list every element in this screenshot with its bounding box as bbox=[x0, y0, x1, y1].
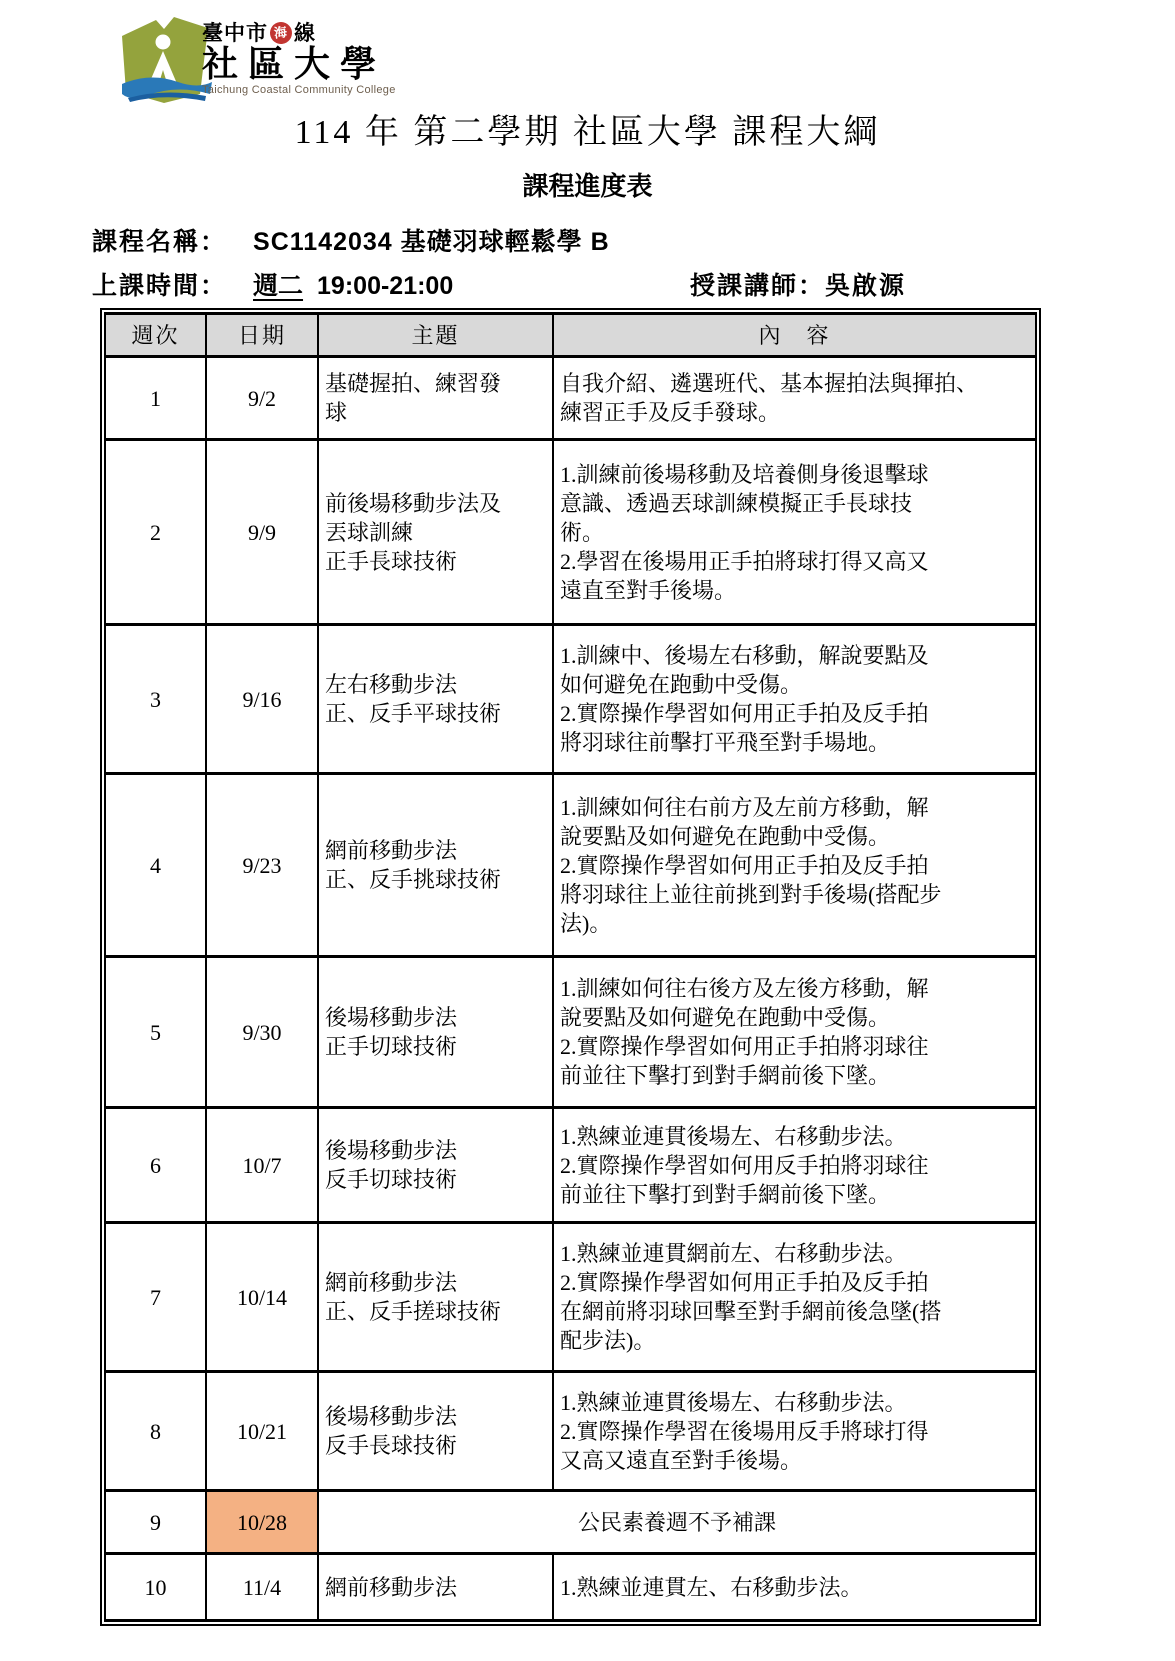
logo-region-line: 臺中市海線 bbox=[202, 22, 396, 44]
course-name-label: 課程名稱： bbox=[92, 228, 227, 256]
schedule-table-frame: 週次 日期 主題 內 容 19/2基礎握拍、練習發 球自我介紹、遴選班代、基本握… bbox=[100, 308, 1041, 1626]
table-row: 19/2基礎握拍、練習發 球自我介紹、遴選班代、基本握拍法與揮拍、 練習正手及反… bbox=[105, 357, 1036, 440]
topic-cell: 後場移動步法 反手長球技術 bbox=[318, 1372, 553, 1491]
seal-icon: 海 bbox=[269, 21, 294, 46]
content-cell: 1.熟練並連貫左、右移動步法。 bbox=[553, 1554, 1036, 1621]
topic-cell: 基礎握拍、練習發 球 bbox=[318, 357, 553, 440]
table-row: 29/9前後場移動步法及 丟球訓練 正手長球技術1.訓練前後場移動及培養側身後退… bbox=[105, 440, 1036, 625]
instructor-label: 授課講師： bbox=[690, 272, 825, 300]
course-time-label: 上課時間： bbox=[92, 272, 227, 300]
date-cell: 9/23 bbox=[206, 774, 318, 957]
week-cell: 4 bbox=[105, 774, 206, 957]
topic-cell: 前後場移動步法及 丟球訓練 正手長球技術 bbox=[318, 440, 553, 625]
week-cell: 7 bbox=[105, 1223, 206, 1372]
logo-english-name: Taichung Coastal Community College bbox=[202, 85, 396, 97]
week-cell: 3 bbox=[105, 625, 206, 774]
schedule-table-body: 19/2基礎握拍、練習發 球自我介紹、遴選班代、基本握拍法與揮拍、 練習正手及反… bbox=[105, 357, 1036, 1621]
week-cell: 8 bbox=[105, 1372, 206, 1491]
schedule-table: 週次 日期 主題 內 容 19/2基礎握拍、練習發 球自我介紹、遴選班代、基本握… bbox=[104, 312, 1037, 1622]
header-date: 日期 bbox=[206, 314, 318, 357]
week-cell: 9 bbox=[105, 1491, 206, 1554]
date-cell: 10/7 bbox=[206, 1108, 318, 1223]
syllabus-page: 臺中市海線 社區大學 Taichung Coastal Community Co… bbox=[0, 0, 1175, 1661]
content-cell: 1.訓練前後場移動及培養側身後退擊球 意識、透過丟球訓練模擬正手長球技 術。 2… bbox=[553, 440, 1036, 625]
date-cell: 9/30 bbox=[206, 957, 318, 1108]
document-subtitle: 課程進度表 bbox=[0, 166, 1175, 203]
table-row: 1011/4網前移動步法1.熟練並連貫左、右移動步法。 bbox=[105, 1554, 1036, 1621]
logo-region-prefix: 臺中市 bbox=[202, 22, 268, 44]
instructor-line: 授課講師：吳啟源 bbox=[690, 266, 906, 302]
table-row: 810/21後場移動步法 反手長球技術1.熟練並連貫後場左、右移動步法。 2.實… bbox=[105, 1372, 1036, 1491]
week-cell: 6 bbox=[105, 1108, 206, 1223]
course-name-value: SC1142034 基礎羽球輕鬆學 B bbox=[253, 228, 610, 256]
course-name-line: 課程名稱：SC1142034 基礎羽球輕鬆學 B bbox=[92, 222, 610, 258]
college-logo-graphic bbox=[112, 12, 216, 108]
content-cell: 1.熟練並連貫後場左、右移動步法。 2.實際操作學習如何用反手拍將羽球往 前並往… bbox=[553, 1108, 1036, 1223]
topic-cell: 網前移動步法 正、反手挑球技術 bbox=[318, 774, 553, 957]
header-row: 週次 日期 主題 內 容 bbox=[105, 314, 1036, 357]
date-cell: 9/2 bbox=[206, 357, 318, 440]
header-topic: 主題 bbox=[318, 314, 553, 357]
date-cell: 9/16 bbox=[206, 625, 318, 774]
course-time-day: 週二 bbox=[253, 272, 303, 300]
topic-cell: 網前移動步法 bbox=[318, 1554, 553, 1621]
content-cell: 1.訓練如何往右後方及左後方移動，解 說要點及如何避免在跑動中受傷。 2.實際操… bbox=[553, 957, 1036, 1108]
date-cell: 10/21 bbox=[206, 1372, 318, 1491]
table-row: 710/14網前移動步法 正、反手搓球技術1.熟練並連貫網前左、右移動步法。 2… bbox=[105, 1223, 1036, 1372]
document-title: 114 年 第二學期 社區大學 課程大綱 bbox=[0, 104, 1175, 153]
college-logo-text: 臺中市海線 社區大學 Taichung Coastal Community Co… bbox=[202, 12, 396, 96]
header-content: 內 容 bbox=[553, 314, 1036, 357]
date-cell: 9/9 bbox=[206, 440, 318, 625]
week-cell: 1 bbox=[105, 357, 206, 440]
table-row: 910/28公民素養週不予補課 bbox=[105, 1491, 1036, 1554]
course-time-line: 上課時間：週二19:00-21:00 授課講師：吳啟源 bbox=[92, 266, 453, 302]
logo-college-name: 社區大學 bbox=[202, 46, 396, 84]
week-cell: 10 bbox=[105, 1554, 206, 1621]
instructor-value: 吳啟源 bbox=[825, 272, 906, 300]
table-row: 59/30後場移動步法 正手切球技術1.訓練如何往右後方及左後方移動，解 說要點… bbox=[105, 957, 1036, 1108]
content-cell: 1.熟練並連貫後場左、右移動步法。 2.實際操作學習在後場用反手將球打得 又高又… bbox=[553, 1372, 1036, 1491]
topic-cell: 左右移動步法 正、反手平球技術 bbox=[318, 625, 553, 774]
content-cell: 自我介紹、遴選班代、基本握拍法與揮拍、 練習正手及反手發球。 bbox=[553, 357, 1036, 440]
topic-cell: 後場移動步法 反手切球技術 bbox=[318, 1108, 553, 1223]
person-figure-head bbox=[156, 35, 171, 50]
week-cell: 2 bbox=[105, 440, 206, 625]
content-cell: 1.熟練並連貫網前左、右移動步法。 2.實際操作學習如何用正手拍及反手拍 在網前… bbox=[553, 1223, 1036, 1372]
course-time-value: 19:00-21:00 bbox=[317, 272, 453, 300]
content-cell: 1.訓練中、後場左右移動，解說要點及 如何避免在跑動中受傷。 2.實際操作學習如… bbox=[553, 625, 1036, 774]
table-row: 39/16左右移動步法 正、反手平球技術1.訓練中、後場左右移動，解說要點及 如… bbox=[105, 625, 1036, 774]
date-cell: 11/4 bbox=[206, 1554, 318, 1621]
topic-cell: 後場移動步法 正手切球技術 bbox=[318, 957, 553, 1108]
college-logo: 臺中市海線 社區大學 Taichung Coastal Community Co… bbox=[112, 12, 396, 108]
schedule-table-head: 週次 日期 主題 內 容 bbox=[105, 314, 1036, 357]
header-week: 週次 bbox=[105, 314, 206, 357]
merged-note-cell: 公民素養週不予補課 bbox=[318, 1491, 1036, 1554]
week-cell: 5 bbox=[105, 957, 206, 1108]
date-cell: 10/14 bbox=[206, 1223, 318, 1372]
date-cell: 10/28 bbox=[206, 1491, 318, 1554]
content-cell: 1.訓練如何往右前方及左前方移動，解 說要點及如何避免在跑動中受傷。 2.實際操… bbox=[553, 774, 1036, 957]
logo-region-suffix: 線 bbox=[294, 22, 316, 44]
table-row: 610/7後場移動步法 反手切球技術1.熟練並連貫後場左、右移動步法。 2.實際… bbox=[105, 1108, 1036, 1223]
topic-cell: 網前移動步法 正、反手搓球技術 bbox=[318, 1223, 553, 1372]
table-row: 49/23網前移動步法 正、反手挑球技術1.訓練如何往右前方及左前方移動，解 說… bbox=[105, 774, 1036, 957]
